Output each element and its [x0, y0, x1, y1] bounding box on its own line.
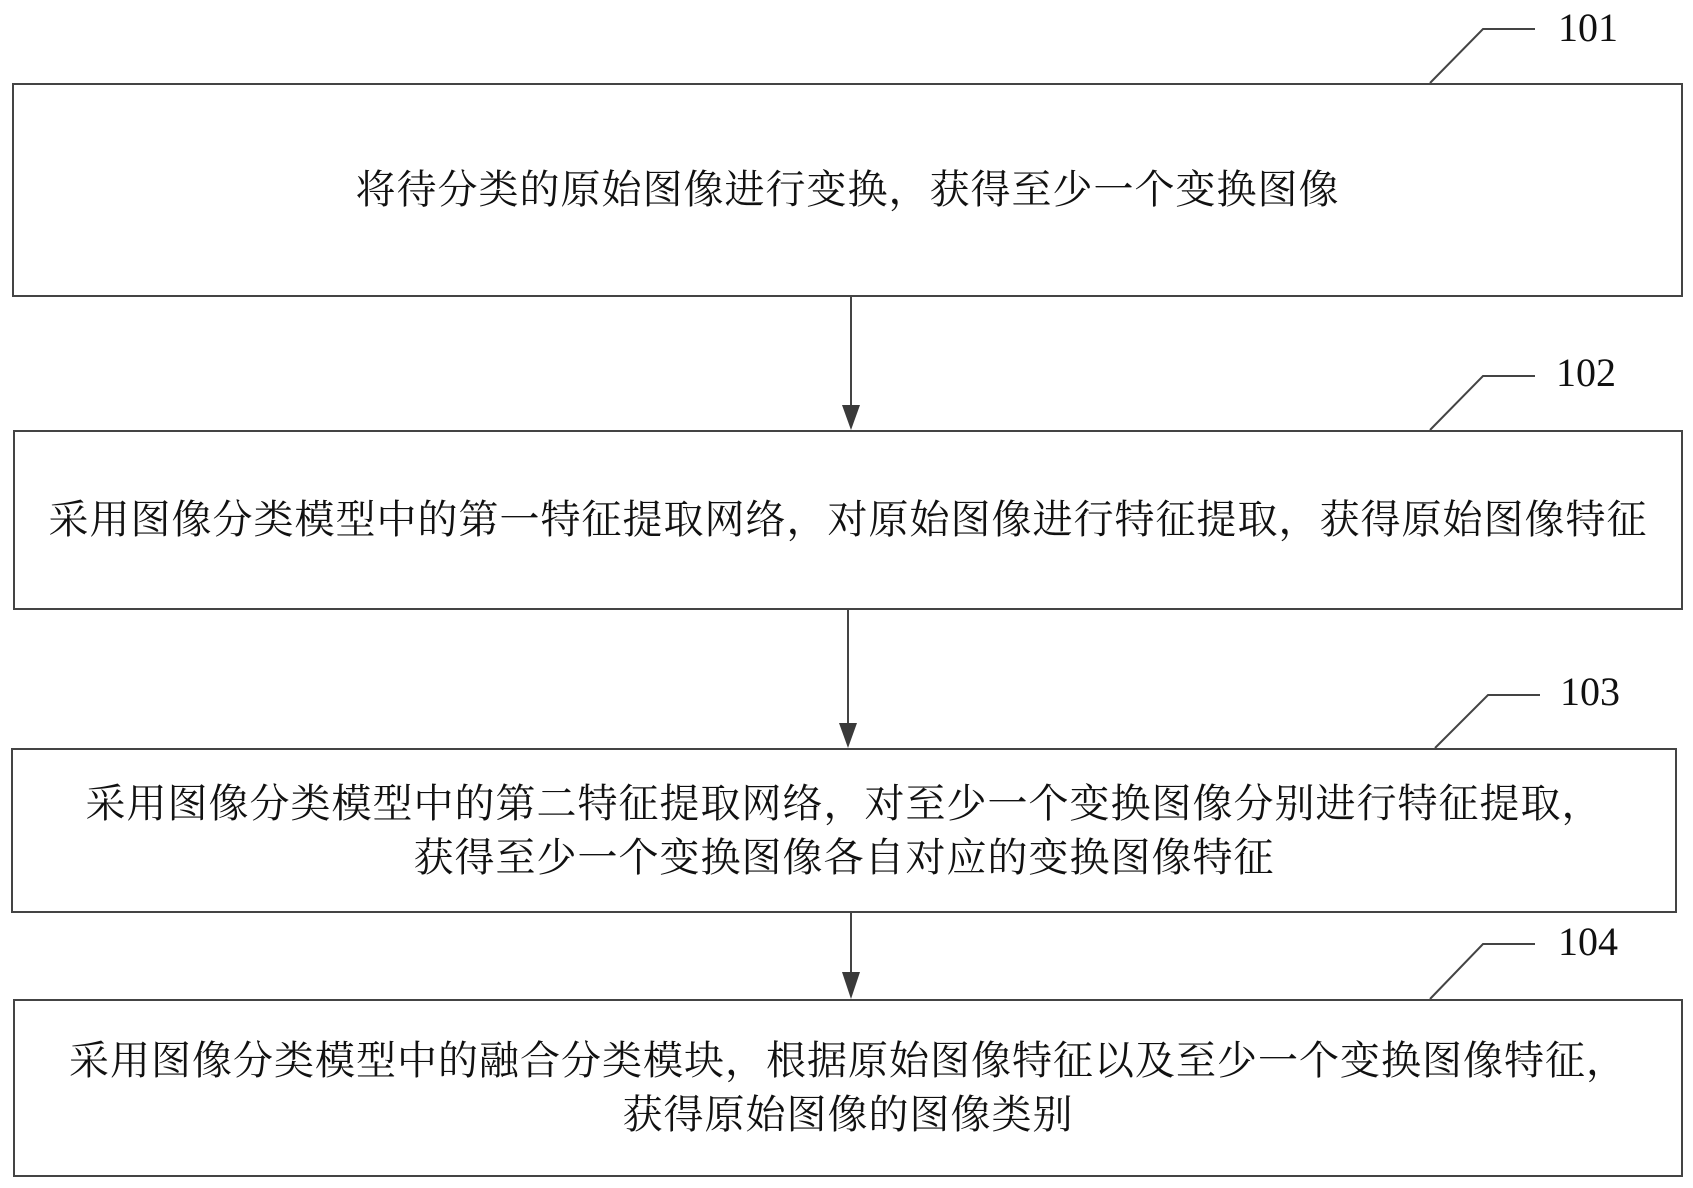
step-label-102: 102	[1556, 353, 1616, 393]
step-label-103: 103	[1560, 672, 1620, 712]
step-box-101: 将待分类的原始图像进行变换，获得至少一个变换图像	[12, 83, 1683, 297]
leader-line-104	[1430, 944, 1535, 999]
step-label-104: 104	[1558, 922, 1618, 962]
step-text-104: 采用图像分类模型中的融合分类模块，根据原始图像特征以及至少一个变换图像特征，获得…	[15, 1034, 1681, 1142]
step-box-102: 采用图像分类模型中的第一特征提取网络，对原始图像进行特征提取，获得原始图像特征	[13, 430, 1683, 610]
arrow-down-icon	[842, 913, 860, 999]
step-box-104: 采用图像分类模型中的融合分类模块，根据原始图像特征以及至少一个变换图像特征，获得…	[13, 999, 1683, 1177]
leader-line-101	[1430, 29, 1535, 83]
step-text-103: 采用图像分类模型中的第二特征提取网络，对至少一个变换图像分别进行特征提取，获得至…	[13, 777, 1675, 885]
arrow-down-icon	[842, 297, 860, 430]
leader-line-103	[1435, 695, 1540, 748]
step-label-101: 101	[1558, 8, 1618, 48]
step-box-103: 采用图像分类模型中的第二特征提取网络，对至少一个变换图像分别进行特征提取，获得至…	[11, 748, 1677, 913]
step-text-101: 将待分类的原始图像进行变换，获得至少一个变换图像	[338, 163, 1358, 217]
arrow-down-icon	[839, 610, 857, 748]
leader-line-102	[1430, 376, 1535, 430]
step-text-102: 采用图像分类模型中的第一特征提取网络，对原始图像进行特征提取，获得原始图像特征	[31, 493, 1666, 547]
